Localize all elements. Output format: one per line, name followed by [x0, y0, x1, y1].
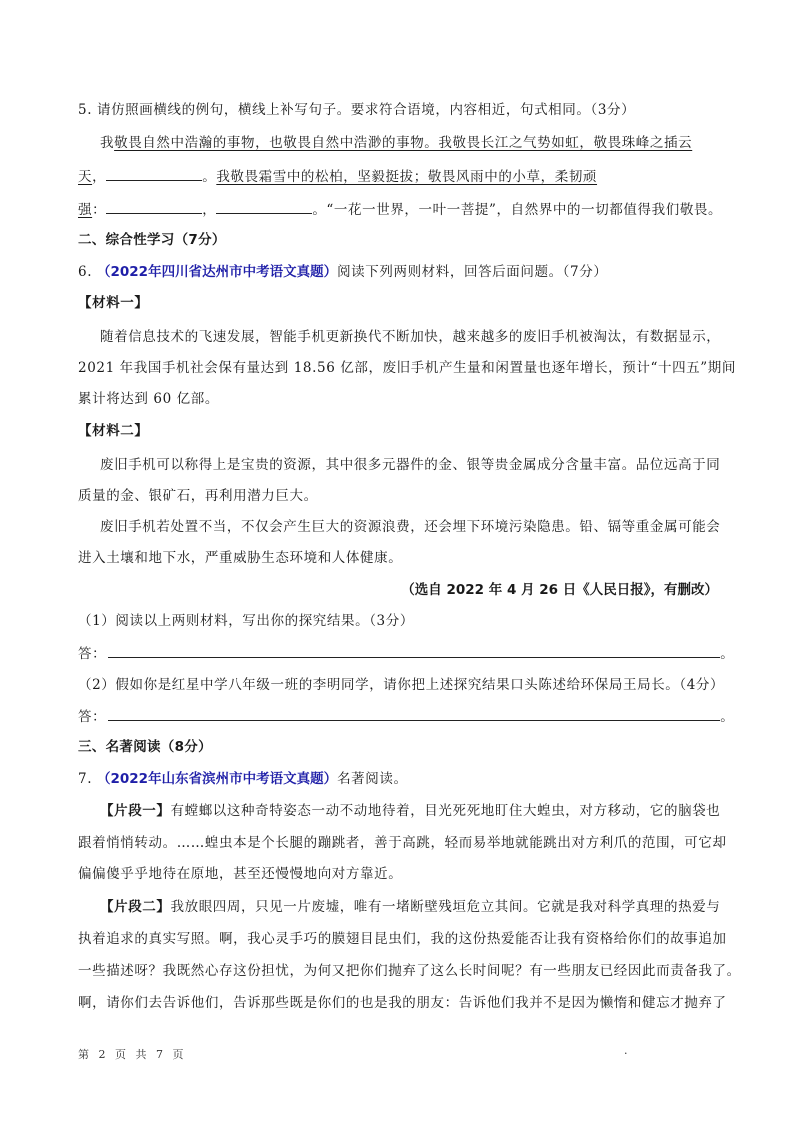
- answer-label: 答：: [78, 709, 106, 725]
- q5-comma: ，: [92, 169, 106, 185]
- fragment-2-line: 【片段二】我放眼四周，只见一片废墟，唯有一堵断壁残垣危立其间。它就是我对科学真理…: [100, 897, 718, 917]
- q5-line3-rest: 。“一花一世界，一叶一菩提”，自然界中的一切都值得我们敬畏。: [312, 202, 722, 218]
- fragment-2-tag: 【片段二】: [100, 899, 171, 915]
- q7-prompt: 名著阅读。: [337, 771, 408, 787]
- q7-number: 7.: [78, 771, 92, 787]
- answer-end: 。: [720, 646, 734, 662]
- fragment-2-text: 我放眼四周，只见一片废墟，唯有一堵断壁残垣危立其间。它就是我对科学真理的热爱与: [171, 899, 721, 915]
- q6-sub2-answer-row: 答：。: [78, 706, 718, 727]
- page-number: 第 2 页 共 7 页: [78, 1046, 186, 1062]
- fragment-2-line: 啊，请你们去告诉他们，告诉那些既是你们的也是我的朋友：告诉他们我并不是因为懒惰和…: [78, 993, 718, 1013]
- q5-prompt: 5. 请仿照画横线的例句，横线上补写句子。要求符合语境，内容相近，句式相同。（3…: [78, 100, 718, 120]
- section-2-heading: 二、综合性学习（7分）: [78, 230, 718, 250]
- material-2-line: 进入土壤和地下水，严重威胁生态环境和人体健康。: [78, 548, 718, 568]
- material-1-line: 累计将达到 60 亿部。: [78, 389, 718, 409]
- section-3-heading: 三、名著阅读（8分）: [78, 737, 718, 757]
- citation: （选自 2022 年 4 月 26 日《人民日报》，有删改）: [78, 580, 718, 600]
- q5-example-line-1: 我敬畏自然中浩瀚的事物，也敬畏自然中浩渺的事物。我敬畏长江之气势如虹，敬畏珠峰之…: [100, 133, 718, 153]
- material-1-title: 【材料一】: [78, 293, 718, 313]
- q5-blank-3[interactable]: [216, 199, 312, 214]
- fragment-1-line: 跟着悄悄转动。……蝗虫本是个长腿的蹦跳者，善于高跳，轻而易举地就能跳出对方利爪的…: [78, 833, 718, 853]
- q5-blank-2[interactable]: [106, 199, 202, 214]
- q6-source: （2022年四川省达州市中考语文真题）: [97, 264, 337, 280]
- q5-sep: ，: [202, 202, 216, 218]
- material-2-line: 废旧手机若处置不当，不仅会产生巨大的资源浪费，还会埋下环境污染隐患。铅、镉等重金…: [100, 517, 718, 537]
- q6-prompt: 阅读下列两则材料，回答后面问题。（7分）: [337, 264, 607, 280]
- q5-example-line-2: 天，。我敬畏霜雪中的松柏，坚毅挺拔；敬畏风雨中的小草，柔韧顽: [78, 166, 718, 187]
- material-2-title: 【材料二】: [78, 421, 718, 441]
- material-2-line: 质量的金、银矿石，再利用潜力巨大。: [78, 486, 718, 506]
- q5-blank-1[interactable]: [106, 166, 202, 181]
- q6-header: 6. （2022年四川省达州市中考语文真题）阅读下列两则材料，回答后面问题。（7…: [78, 262, 718, 282]
- q6-sub2-prompt: （2）假如你是红星中学八年级一班的李明同学，请你把上述探究结果口头陈述给环保局王…: [78, 675, 718, 695]
- q7-source: （2022年山东省滨州市中考语文真题）: [97, 771, 337, 787]
- q5-colon: ：: [92, 202, 106, 218]
- footer-dot: .: [624, 1044, 628, 1057]
- q6-number: 6.: [78, 264, 92, 280]
- answer-label: 答：: [78, 646, 106, 662]
- q6-sub1-answer-field[interactable]: [108, 643, 720, 658]
- q5-underlined-example-2: 我敬畏霜雪中的松柏，坚毅挺拔；敬畏风雨中的小草，柔韧顽: [216, 169, 597, 185]
- answer-end: 。: [720, 709, 734, 725]
- q6-sub1-answer-row: 答：。: [78, 643, 718, 664]
- q5-line1-lead: 我: [100, 135, 114, 151]
- q6-sub2-answer-field[interactable]: [108, 706, 720, 721]
- q6-sub1-prompt: （1）阅读以上两则材料，写出你的探究结果。（3分）: [78, 611, 718, 631]
- fragment-1-tag: 【片段一】: [100, 803, 171, 819]
- material-1-line: 随着信息技术的飞速发展，智能手机更新换代不断加快，越来越多的废旧手机被淘汰，有数…: [100, 327, 718, 347]
- q5-period: 。: [202, 169, 216, 185]
- document-page: 5. 请仿照画横线的例句，横线上补写句子。要求符合语境，内容相近，句式相同。（3…: [0, 0, 793, 1122]
- q5-underlined-tail: 天: [78, 169, 92, 185]
- fragment-1-line: 偏偏傻乎乎地待在原地，甚至还慢慢地向对方靠近。: [78, 864, 718, 884]
- fragment-1-line: 【片段一】有螳螂以这种奇特姿态一动不动地待着，目光死死地盯住大蝗虫，对方移动，它…: [100, 801, 718, 821]
- q5-example-line-3: 强：，。“一花一世界，一叶一菩提”，自然界中的一切都值得我们敬畏。: [78, 199, 718, 220]
- material-1-line: 2021 年我国手机社会保有量达到 18.56 亿部，废旧手机产生量和闲置量也逐…: [78, 358, 718, 378]
- fragment-2-line: 一些描述呀？我既然心存这份担忧，为何又把你们抛弃了这么长时间呢？有一些朋友已经因…: [78, 961, 718, 981]
- q7-header: 7. （2022年山东省滨州市中考语文真题）名著阅读。: [78, 769, 718, 789]
- q5-underlined-tail-2: 强: [78, 202, 92, 218]
- material-2-line: 废旧手机可以称得上是宝贵的资源，其中很多元器件的金、银等贵金属成分含量丰富。品位…: [100, 455, 718, 475]
- fragment-2-line: 执着追求的真实写照。啊，我心灵手巧的膜翅目昆虫们，我的这份热爱能否让我有资格给你…: [78, 929, 718, 949]
- q5-underlined-example: 敬畏自然中浩瀚的事物，也敬畏自然中浩渺的事物。我敬畏长江之气势如虹，敬畏珠峰之插…: [114, 135, 692, 151]
- fragment-1-text: 有螳螂以这种奇特姿态一动不动地待着，目光死死地盯住大蝗虫，对方移动，它的脑袋也: [171, 803, 721, 819]
